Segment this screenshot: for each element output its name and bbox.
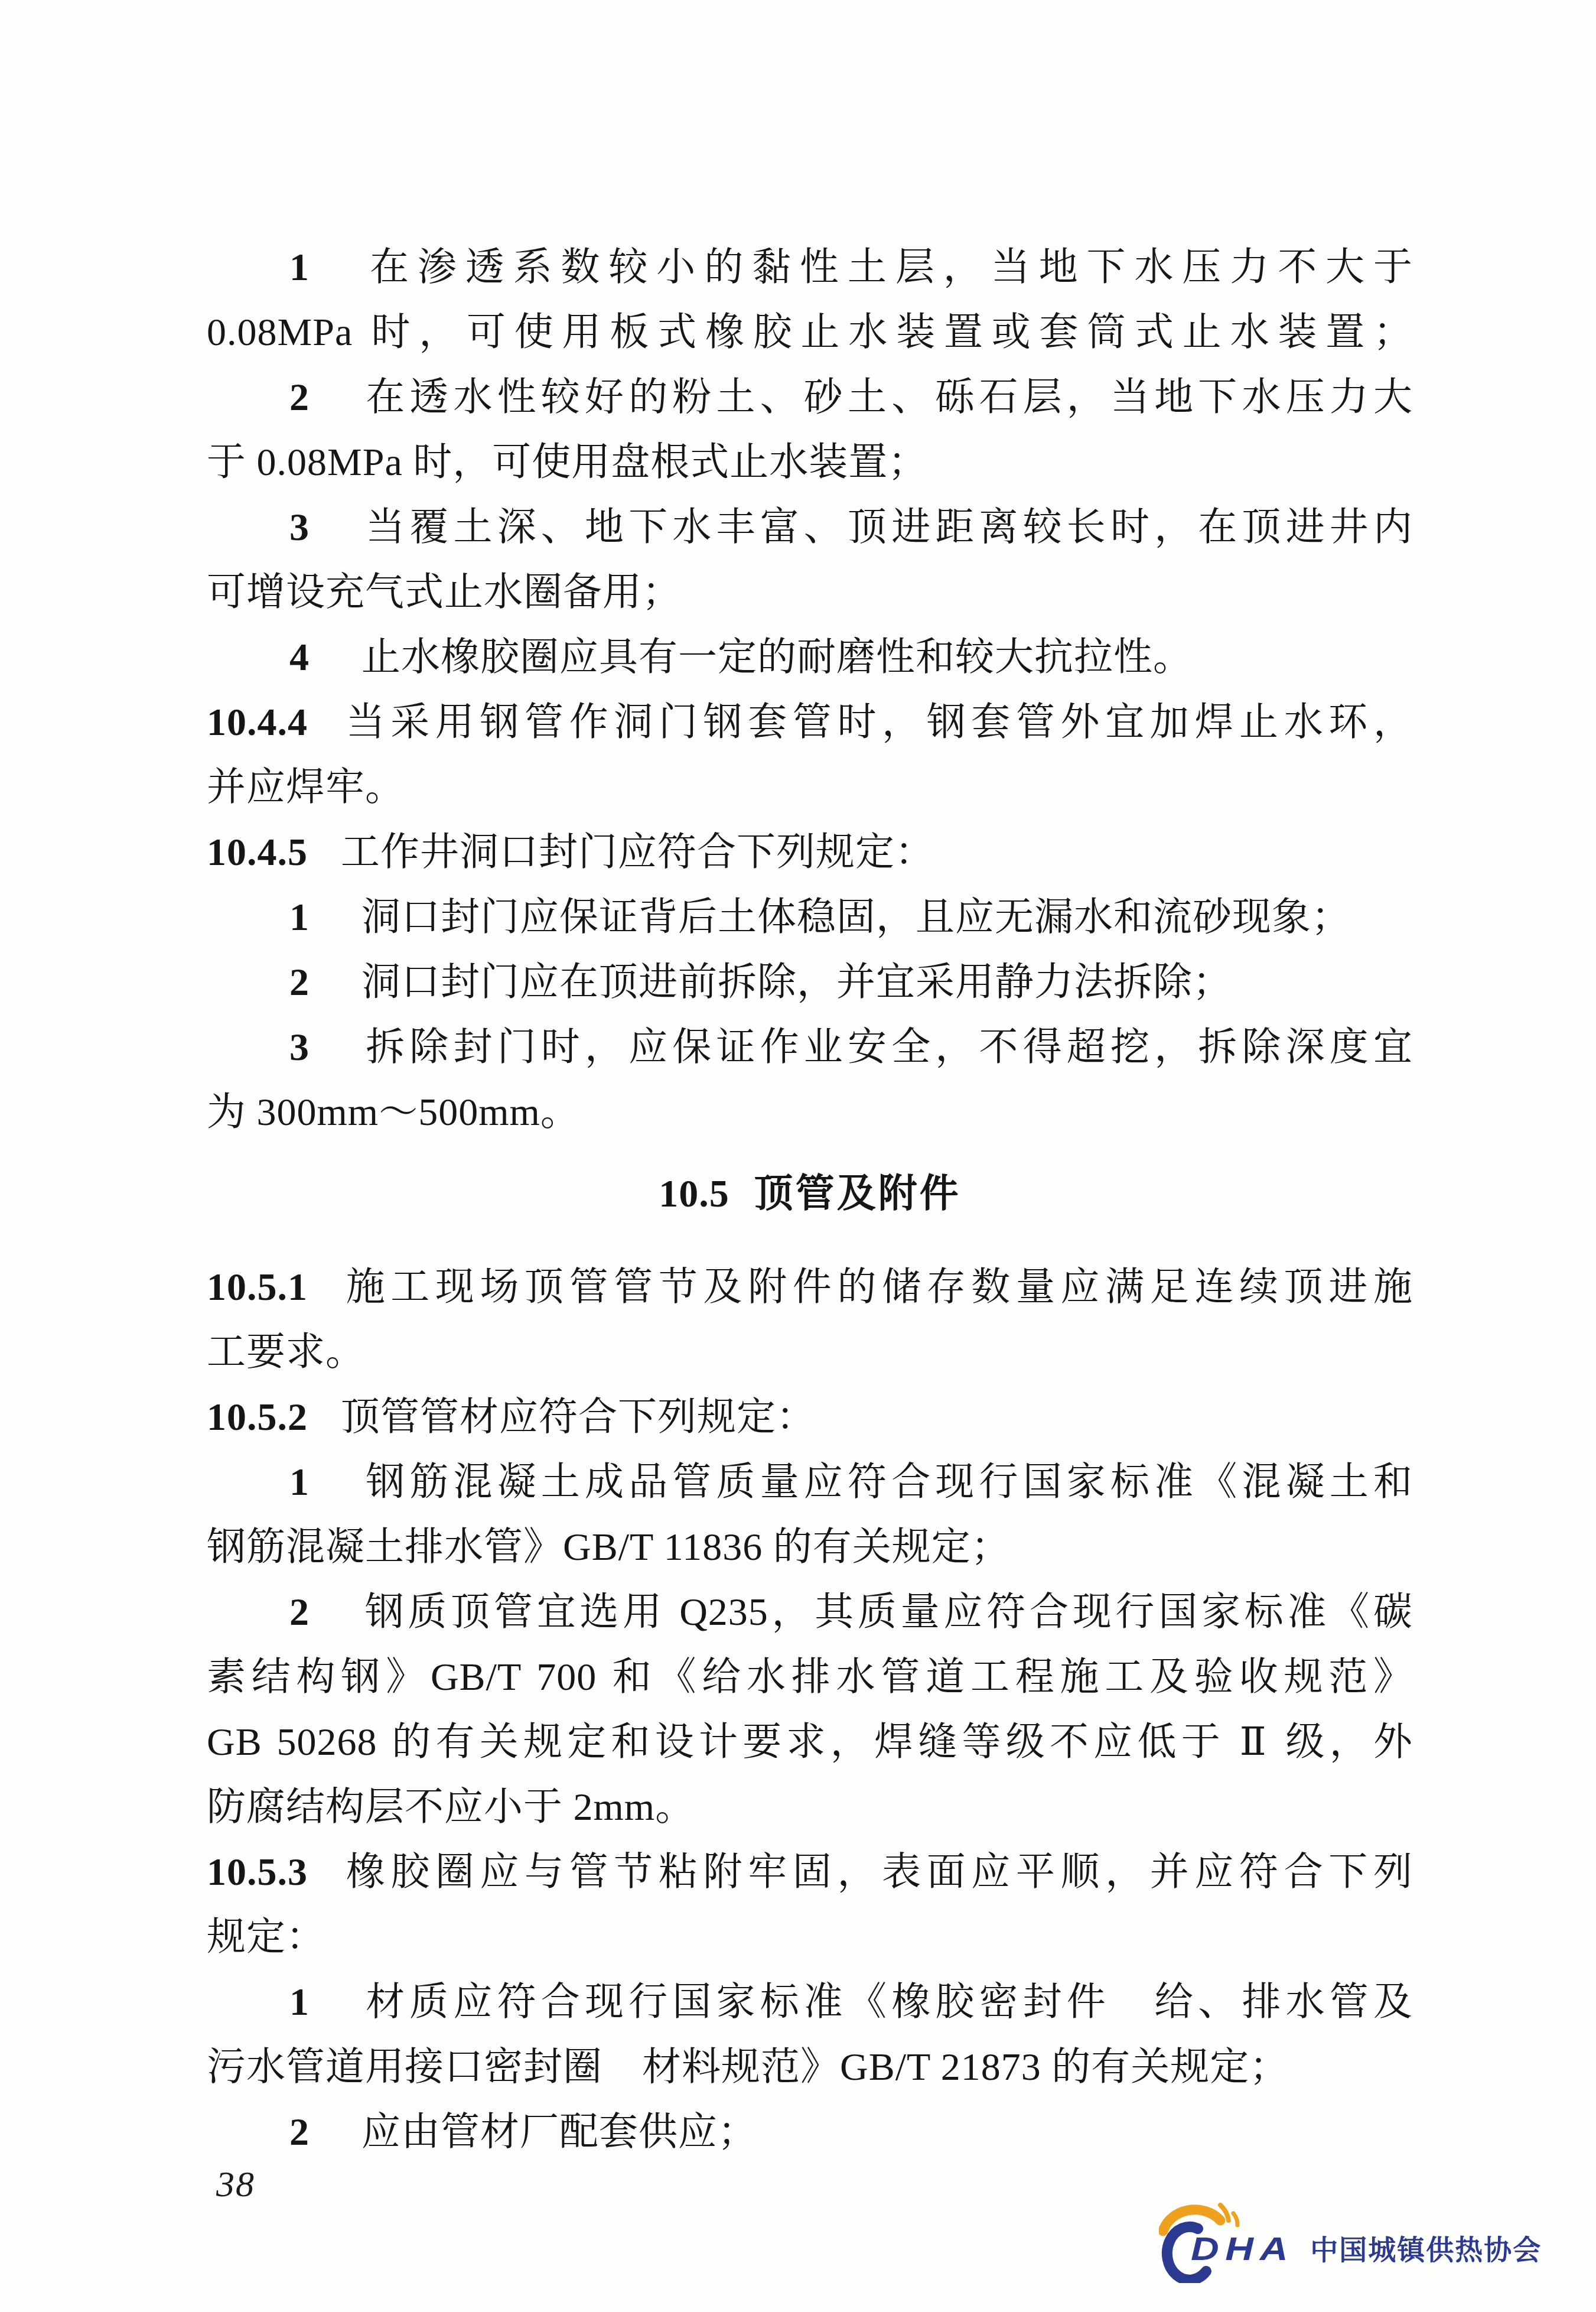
line-text: 在透水性较好的粉土、砂土、砾石层，当地下水压力大 xyxy=(361,376,1413,419)
doc-line: 1材质应符合现行国家标准《橡胶密封件 给、排水管及 xyxy=(207,1970,1413,2035)
doc-line: 钢筋混凝土排水管》GB/T 11836 的有关规定； xyxy=(207,1515,1413,1580)
page-number: 38 xyxy=(216,2164,255,2206)
logo-acronym-text: DHA xyxy=(1191,2229,1294,2283)
line-text: 橡胶圈应与管节粘附牢固，表面应平顺，并应符合下列 xyxy=(341,1851,1413,1894)
doc-line: 4止水橡胶圈应具有一定的耐磨性和较大抗拉性。 xyxy=(207,625,1413,690)
clause-number: 10.5.1 xyxy=(207,1266,308,1309)
doc-line: 可增设充气式止水圈备用； xyxy=(207,560,1413,625)
clause-number: 3 xyxy=(289,506,310,549)
doc-line: 3当覆土深、地下水丰富、顶进距离较长时，在顶进井内 xyxy=(207,495,1413,560)
clause-number: 2 xyxy=(289,376,310,419)
doc-line: 10.4.4当采用钢管作洞门钢套管时，钢套管外宜加焊止水环， xyxy=(207,690,1413,755)
clause-number: 1 xyxy=(289,1981,310,2024)
line-text: 顶管管材应符合下列规定： xyxy=(341,1396,816,1439)
clause-number: 10.4.5 xyxy=(207,831,308,874)
clause-number: 4 xyxy=(289,636,310,679)
line-text: 于 0.08MPa 时，可使用盘根式止水装置； xyxy=(207,441,927,484)
doc-line: 0.08MPa 时，可使用板式橡胶止水装置或套筒式止水装置； xyxy=(207,300,1413,365)
doc-line: 10.4.5工作井洞口封门应符合下列规定： xyxy=(207,820,1413,885)
doc-line: 2在透水性较好的粉土、砂土、砾石层，当地下水压力大 xyxy=(207,365,1413,430)
line-text: GB 50268 的有关规定和设计要求，焊缝等级不应低于 Ⅱ 级，外 xyxy=(207,1721,1413,1764)
doc-line: 10.5顶管及附件 xyxy=(207,1160,1413,1227)
clause-number: 10.5.3 xyxy=(207,1851,308,1894)
doc-line: 1钢筋混凝土成品管质量应符合现行国家标准《混凝土和 xyxy=(207,1450,1413,1515)
line-text: 施工现场顶管管节及附件的储存数量应满足连续顶进施 xyxy=(341,1266,1413,1309)
doc-line: 2应由管材厂配套供应； xyxy=(207,2100,1413,2165)
document-page: 1在渗透系数较小的黏性土层，当地下水压力不大于 0.08MPa 时，可使用板式橡… xyxy=(0,0,1596,2312)
line-text: 在渗透系数较小的黏性土层，当地下水压力不大于 xyxy=(361,246,1413,289)
line-text: 材质应符合现行国家标准《橡胶密封件 给、排水管及 xyxy=(361,1981,1413,2024)
line-text: 规定： xyxy=(207,1916,325,1959)
doc-line: 为 300mm～500mm。 xyxy=(207,1080,1413,1145)
line-text: 洞口封门应保证背后土体稳固，且应无漏水和流砂现象； xyxy=(361,896,1351,939)
doc-line: 10.5.1施工现场顶管管节及附件的储存数量应满足连续顶进施 xyxy=(207,1255,1413,1320)
clause-number: 1 xyxy=(289,246,310,289)
doc-line: 规定： xyxy=(207,1905,1413,1970)
line-text: 止水橡胶圈应具有一定的耐磨性和较大抗拉性。 xyxy=(361,636,1193,679)
clause-number: 2 xyxy=(289,2111,310,2154)
doc-line: 素结构钢》GB/T 700 和《给水排水管道工程施工及验收规范》 xyxy=(207,1645,1413,1710)
line-text: 钢筋混凝土排水管》GB/T 11836 的有关规定； xyxy=(207,1526,1011,1569)
doc-line: 于 0.08MPa 时，可使用盘根式止水装置； xyxy=(207,430,1413,495)
cdha-logo: DHA 中国城镇供热协会 xyxy=(1159,2197,1542,2283)
doc-line: GB 50268 的有关规定和设计要求，焊缝等级不应低于 Ⅱ 级，外 xyxy=(207,1710,1413,1775)
clause-number: 10.5 xyxy=(659,1172,729,1215)
doc-line: 并应焊牢。 xyxy=(207,755,1413,820)
clause-number: 10.4.4 xyxy=(207,701,308,744)
clause-number: 3 xyxy=(289,1026,310,1069)
line-text: 素结构钢》GB/T 700 和《给水排水管道工程施工及验收规范》 xyxy=(207,1656,1413,1699)
line-text: 钢筋混凝土成品管质量应符合现行国家标准《混凝土和 xyxy=(361,1461,1413,1504)
line-text: 为 300mm～500mm。 xyxy=(207,1091,580,1134)
line-text: 洞口封门应在顶进前拆除，并宜采用静力法拆除； xyxy=(361,961,1232,1004)
doc-line: 工要求。 xyxy=(207,1320,1413,1385)
clause-number: 2 xyxy=(289,1591,310,1634)
line-text: 0.08MPa 时，可使用板式橡胶止水装置或套筒式止水装置； xyxy=(207,311,1413,354)
document-body: 1在渗透系数较小的黏性土层，当地下水压力不大于 0.08MPa 时，可使用板式橡… xyxy=(207,235,1413,2165)
clause-number: 10.5.2 xyxy=(207,1396,308,1439)
line-text: 可增设充气式止水圈备用； xyxy=(207,571,682,614)
line-text: 当覆土深、地下水丰富、顶进距离较长时，在顶进井内 xyxy=(361,506,1413,549)
line-text: 顶管及附件 xyxy=(754,1171,961,1215)
doc-line: 10.5.3橡胶圈应与管节粘附牢固，表面应平顺，并应符合下列 xyxy=(207,1840,1413,1905)
line-text: 拆除封门时，应保证作业安全，不得超挖，拆除深度宜 xyxy=(361,1026,1413,1069)
line-text: 当采用钢管作洞门钢套管时，钢套管外宜加焊止水环， xyxy=(341,701,1413,744)
doc-line: 1在渗透系数较小的黏性土层，当地下水压力不大于 xyxy=(207,235,1413,300)
line-text: 工作井洞口封门应符合下列规定： xyxy=(341,831,934,874)
doc-line: 2钢质顶管宜选用 Q235，其质量应符合现行国家标准《碳 xyxy=(207,1580,1413,1645)
doc-line: 污水管道用接口密封圈 材料规范》GB/T 21873 的有关规定； xyxy=(207,2035,1413,2100)
line-text: 应由管材厂配套供应； xyxy=(361,2111,757,2154)
doc-line: 3拆除封门时，应保证作业安全，不得超挖，拆除深度宜 xyxy=(207,1015,1413,1080)
line-text: 防腐结构层不应小于 2mm。 xyxy=(207,1786,695,1829)
clause-number: 1 xyxy=(289,1461,310,1504)
line-text: 并应焊牢。 xyxy=(207,766,405,809)
doc-line: 10.5.2顶管管材应符合下列规定： xyxy=(207,1385,1413,1450)
line-text: 污水管道用接口密封圈 材料规范》GB/T 21873 的有关规定； xyxy=(207,2046,1289,2089)
clause-number: 1 xyxy=(289,896,310,939)
line-text: 钢质顶管宜选用 Q235，其质量应符合现行国家标准《碳 xyxy=(361,1591,1413,1634)
clause-number: 2 xyxy=(289,961,310,1004)
doc-line: 1洞口封门应保证背后土体稳固，且应无漏水和流砂现象； xyxy=(207,885,1413,950)
line-text: 工要求。 xyxy=(207,1331,365,1374)
doc-line: 防腐结构层不应小于 2mm。 xyxy=(207,1775,1413,1840)
logo-org-name: 中国城镇供热协会 xyxy=(1310,2228,1542,2283)
doc-line: 2洞口封门应在顶进前拆除，并宜采用静力法拆除； xyxy=(207,950,1413,1015)
